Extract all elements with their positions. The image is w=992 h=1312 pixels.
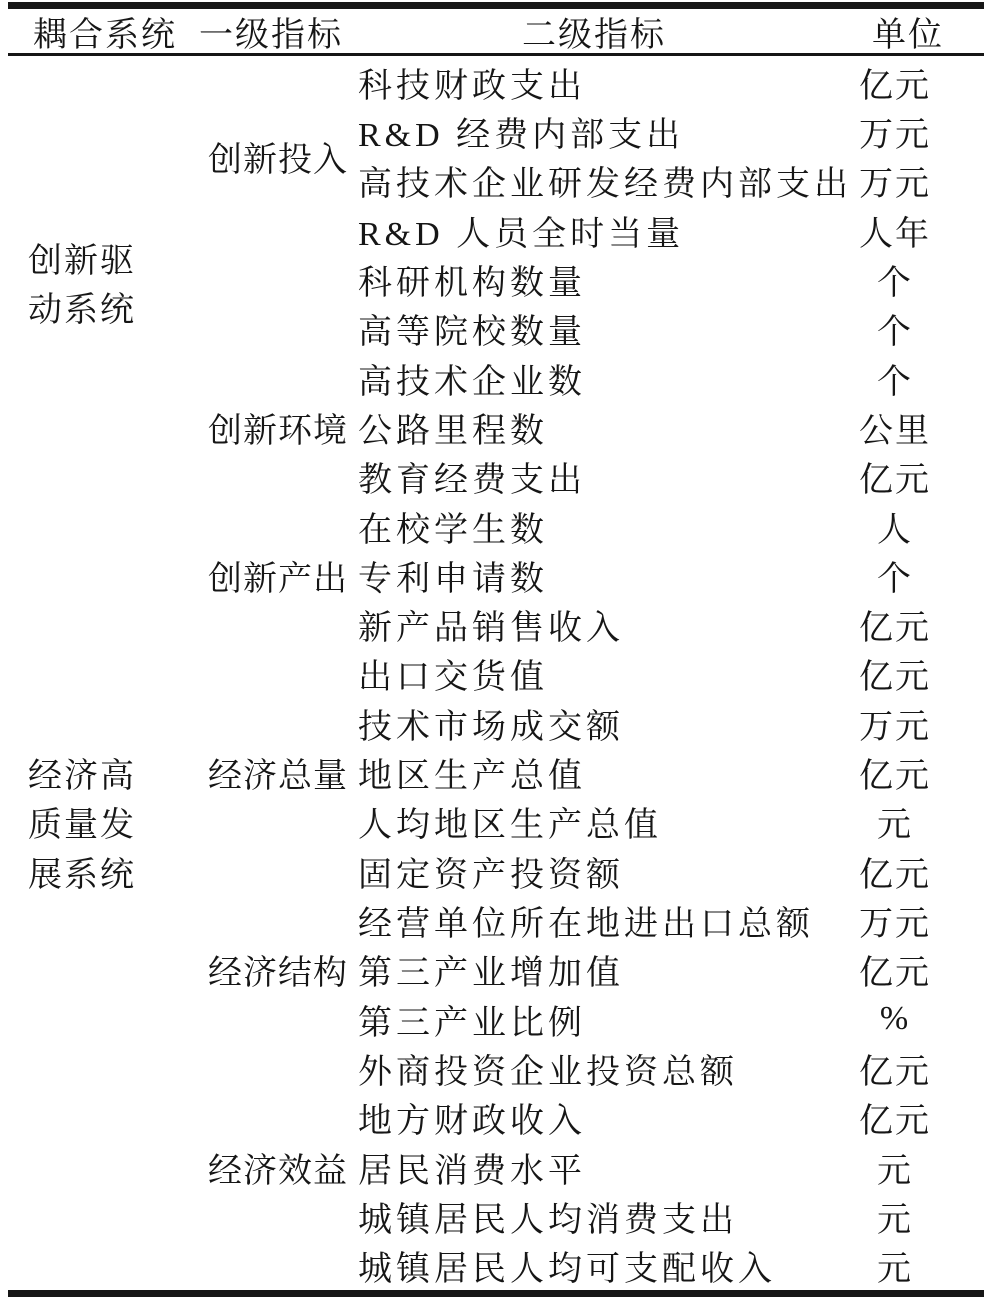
table-row: 第三产业增加值亿元 <box>0 945 992 994</box>
table-row: 出口交货值亿元 <box>0 649 992 698</box>
header-second-level-indicator: 二级指标 <box>358 8 830 54</box>
unit-cell: 个 <box>825 354 965 403</box>
indicator-cell: 科研机构数量 <box>358 255 586 304</box>
coupling-system-label-line: 动系统 <box>28 282 198 331</box>
unit-cell: 万元 <box>825 156 965 205</box>
unit-cell: 万元 <box>825 896 965 945</box>
indicator-cell: 第三产业比例 <box>358 995 586 1044</box>
coupling-system-label-line: 经济高 <box>28 748 198 797</box>
unit-cell: 亿元 <box>825 847 965 896</box>
unit-cell: 亿元 <box>825 1044 965 1093</box>
unit-cell: 元 <box>825 1241 965 1290</box>
first-level-group-label: 经济效益 <box>208 1143 358 1192</box>
indicator-cell: R&D 经费内部支出 <box>358 107 684 156</box>
header-coupling-system: 耦合系统 <box>20 8 190 54</box>
unit-cell: % <box>825 1000 965 1038</box>
indicator-cell: 在校学生数 <box>358 502 548 551</box>
unit-cell: 亿元 <box>825 58 965 107</box>
unit-cell: 人年 <box>825 206 965 255</box>
indicator-cell: 固定资产投资额 <box>358 847 624 896</box>
table-row: 高技术企业数个 <box>0 353 992 402</box>
indicator-cell: 公路里程数 <box>358 403 548 452</box>
unit-cell: 万元 <box>825 107 965 156</box>
table-row: 新产品销售收入亿元 <box>0 600 992 649</box>
coupling-system-label-line: 质量发 <box>28 797 198 846</box>
indicator-cell: 地区生产总值 <box>358 748 586 797</box>
first-level-group-label: 创新环境 <box>208 403 358 452</box>
table-row: 高技术企业研发经费内部支出万元 <box>0 156 992 205</box>
header-unit: 单位 <box>838 8 978 54</box>
table-row: 城镇居民人均消费支出元 <box>0 1192 992 1241</box>
header-first-level-indicator: 一级指标 <box>203 8 339 54</box>
indicator-cell: 科技财政支出 <box>358 58 586 107</box>
table-row: 专利申请数个 <box>0 551 992 600</box>
first-level-group-label: 创新产出 <box>208 551 358 600</box>
indicator-cell: 教育经费支出 <box>358 452 586 501</box>
unit-cell: 人 <box>825 502 965 551</box>
unit-cell: 元 <box>825 1192 965 1241</box>
table-row: 教育经费支出亿元 <box>0 452 992 501</box>
indicator-cell: 新产品销售收入 <box>358 600 624 649</box>
indicator-cell: R&D 人员全时当量 <box>358 206 684 255</box>
table-row: R&D 经费内部支出万元 <box>0 107 992 156</box>
indicator-cell: 高等院校数量 <box>358 304 586 353</box>
indicator-cell: 外商投资企业投资总额 <box>358 1044 738 1093</box>
coupling-system-label-line: 展系统 <box>28 847 198 896</box>
table-row: 居民消费水平元 <box>0 1143 992 1192</box>
indicator-cell: 第三产业增加值 <box>358 945 624 994</box>
coupling-system-label-line: 创新驱 <box>28 233 198 282</box>
header-separator-rule <box>8 53 984 56</box>
table-row: 科技财政支出亿元 <box>0 58 992 107</box>
table-row: 地方财政收入亿元 <box>0 1093 992 1142</box>
indicator-cell: 城镇居民人均消费支出 <box>358 1192 738 1241</box>
unit-cell: 元 <box>825 1143 965 1192</box>
first-level-group-label: 经济结构 <box>208 945 358 994</box>
unit-cell: 公里 <box>825 403 965 452</box>
table-row: 第三产业比例% <box>0 995 992 1044</box>
table-bottom-rule <box>8 1290 984 1297</box>
first-level-group-label: 经济总量 <box>208 748 358 797</box>
indicator-cell: 城镇居民人均可支配收入 <box>358 1241 776 1290</box>
unit-cell: 亿元 <box>825 649 965 698</box>
first-level-group-label: 创新投入 <box>208 131 358 180</box>
unit-cell: 个 <box>825 551 965 600</box>
indicator-cell: 出口交货值 <box>358 649 548 698</box>
unit-cell: 亿元 <box>825 452 965 501</box>
unit-cell: 亿元 <box>825 748 965 797</box>
unit-cell: 亿元 <box>825 600 965 649</box>
table-row: 外商投资企业投资总额亿元 <box>0 1044 992 1093</box>
unit-cell: 个 <box>825 304 965 353</box>
unit-cell: 万元 <box>825 699 965 748</box>
indicator-cell: 经营单位所在地进出口总额 <box>358 896 814 945</box>
unit-cell: 亿元 <box>825 1093 965 1142</box>
indicator-cell: 高技术企业研发经费内部支出 <box>358 156 852 205</box>
unit-cell: 个 <box>825 255 965 304</box>
indicator-table-page: 耦合系统 一级指标 二级指标 单位 科技财政支出亿元R&D 经费内部支出万元高技… <box>0 0 992 1312</box>
indicator-cell: 人均地区生产总值 <box>358 797 662 846</box>
table-row: 城镇居民人均可支配收入元 <box>0 1241 992 1290</box>
table-row: 经营单位所在地进出口总额万元 <box>0 896 992 945</box>
indicator-cell: 高技术企业数 <box>358 354 586 403</box>
table-row: 在校学生数人 <box>0 501 992 550</box>
table-row: 公路里程数公里 <box>0 403 992 452</box>
indicator-cell: 地方财政收入 <box>358 1093 586 1142</box>
indicator-cell: 居民消费水平 <box>358 1143 586 1192</box>
indicator-cell: 专利申请数 <box>358 551 548 600</box>
table-row: 技术市场成交额万元 <box>0 699 992 748</box>
unit-cell: 亿元 <box>825 945 965 994</box>
unit-cell: 元 <box>825 797 965 846</box>
indicator-cell: 技术市场成交额 <box>358 699 624 748</box>
